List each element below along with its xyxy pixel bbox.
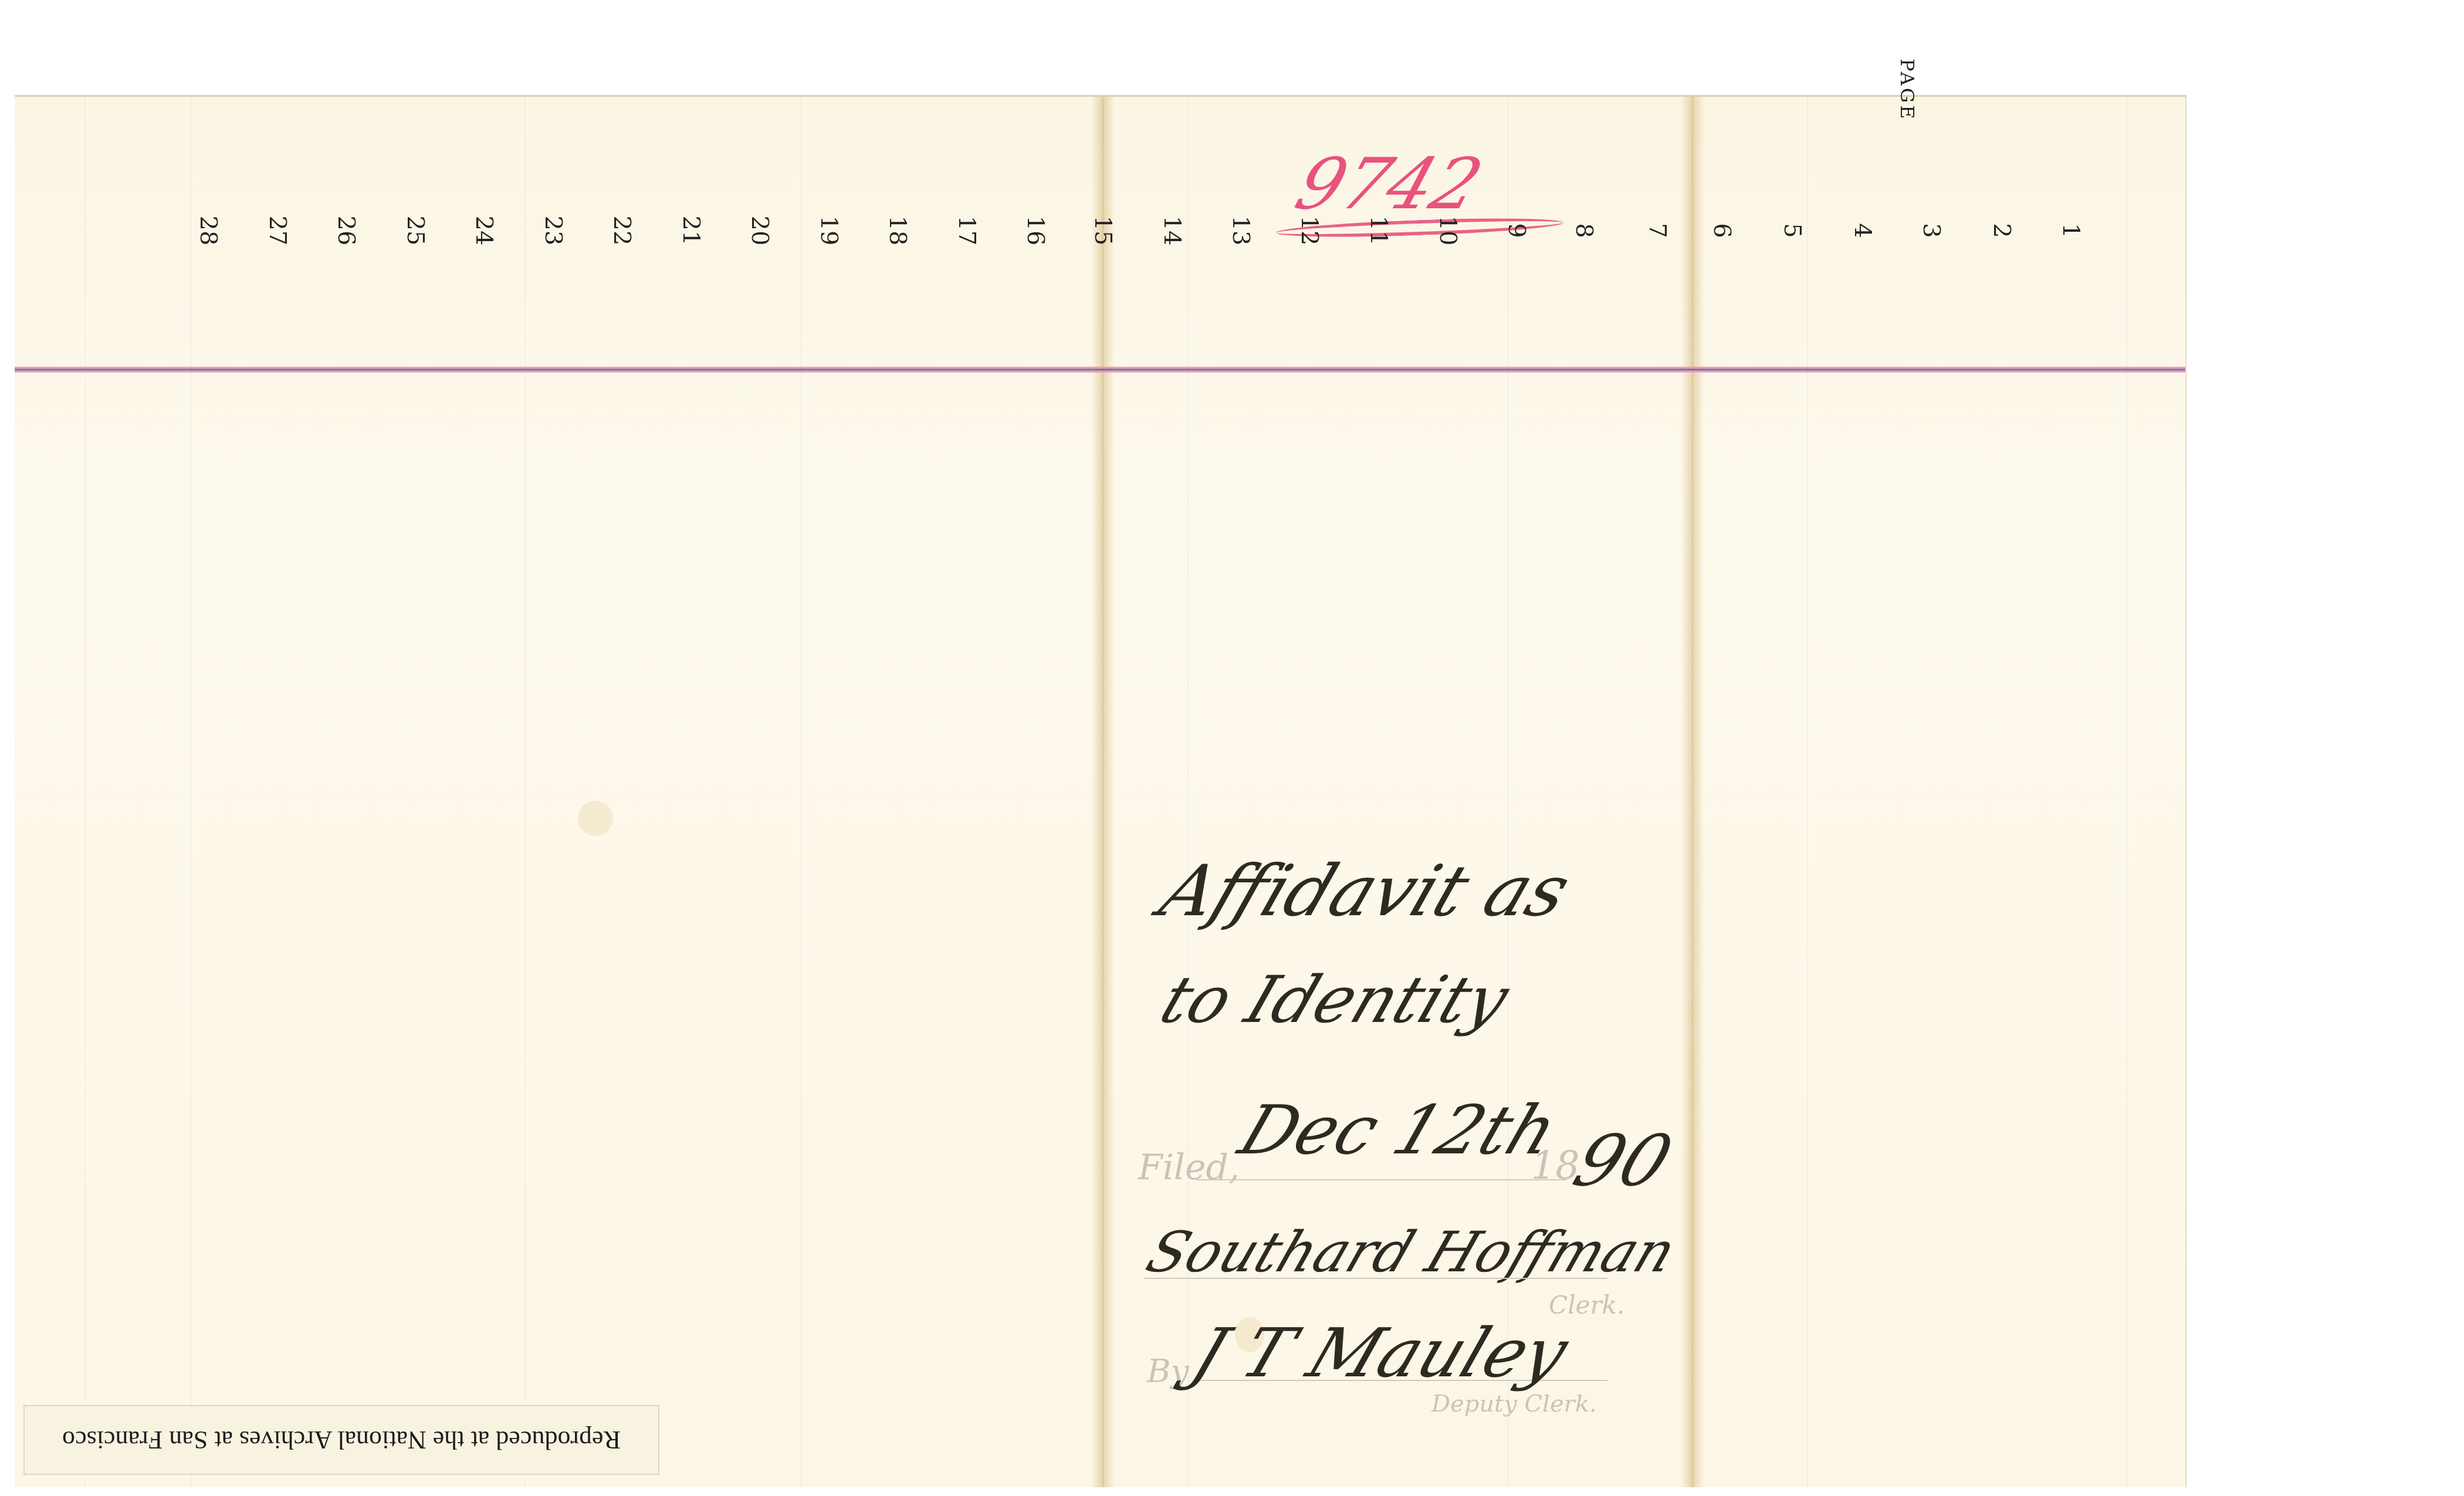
ruled-header-line — [15, 367, 2185, 373]
document-paper — [15, 95, 2187, 1487]
line-number: 21 — [678, 207, 705, 254]
line-number: 1 — [2057, 207, 2084, 254]
deputy-signature: J T Mauley — [1183, 1314, 1579, 1393]
vertical-rule — [1807, 97, 1808, 1487]
fold-crease — [1091, 97, 1115, 1487]
line-number: 13 — [1227, 207, 1254, 254]
clerk-rule — [1144, 1278, 1607, 1279]
line-number: 28 — [195, 207, 222, 254]
line-number: 5 — [1779, 207, 1806, 254]
line-number: 24 — [471, 207, 497, 254]
printed-filed-label: Filed, — [1138, 1147, 1240, 1188]
line-number: 16 — [1022, 207, 1049, 254]
vertical-rule — [191, 97, 191, 1487]
vertical-rule — [801, 97, 801, 1487]
line-number: 11 — [1365, 207, 1392, 254]
line-number: 27 — [264, 207, 291, 254]
printed-by-label: By — [1147, 1352, 1189, 1390]
vertical-rule — [525, 97, 526, 1487]
vertical-rule — [85, 97, 86, 1487]
line-number: 17 — [953, 207, 980, 254]
line-number: 20 — [746, 207, 773, 254]
endorsement-title-line2: to Identity — [1151, 962, 1519, 1037]
stain — [578, 801, 613, 836]
line-number: 18 — [884, 207, 911, 254]
line-number: 25 — [402, 207, 429, 254]
page-label: PAGE — [1896, 59, 1918, 121]
fold-crease — [1681, 97, 1704, 1487]
line-number: 8 — [1571, 207, 1597, 254]
line-number: 3 — [1918, 207, 1945, 254]
filed-date: Dec 12th — [1230, 1091, 1568, 1170]
line-number: 9 — [1503, 207, 1530, 254]
vertical-rule — [2127, 97, 2127, 1487]
line-number: 14 — [1159, 207, 1186, 254]
archive-label-text: Reproduced at the National Archives at S… — [25, 1406, 658, 1474]
line-number: 2 — [1988, 207, 2015, 254]
clerk-signature: Southard Hoffman — [1138, 1220, 1684, 1285]
line-number: 26 — [333, 207, 360, 254]
printed-deputy-label: Deputy Clerk. — [1431, 1390, 1597, 1417]
line-number: 12 — [1296, 207, 1323, 254]
line-number: 4 — [1849, 207, 1876, 254]
line-number: 7 — [1644, 207, 1671, 254]
endorsement-title-line1: Affidavit as — [1150, 851, 1581, 932]
line-number: 10 — [1434, 207, 1461, 254]
line-number: 23 — [540, 207, 567, 254]
archive-label: Reproduced at the National Archives at S… — [23, 1405, 659, 1475]
filed-rule — [1197, 1179, 1566, 1180]
line-number: 22 — [608, 207, 635, 254]
line-number: 15 — [1089, 207, 1116, 254]
line-number: 19 — [815, 207, 842, 254]
line-number: 6 — [1708, 207, 1735, 254]
